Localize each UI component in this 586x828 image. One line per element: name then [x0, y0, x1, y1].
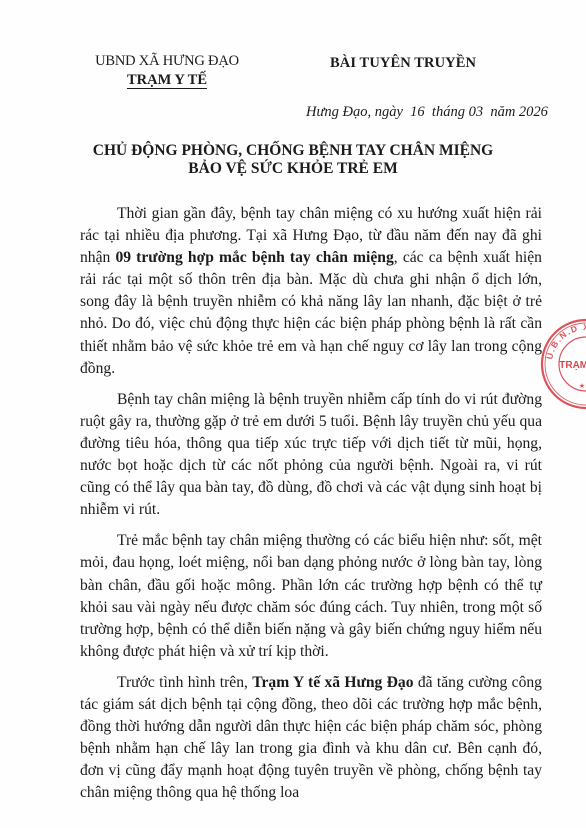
paragraph-text: Trước tình hình trên, — [117, 674, 252, 691]
org-unit: TRẠM Y TẾ — [127, 72, 207, 89]
paragraph: Thời gian gần đây, bệnh tay chân miệng c… — [80, 203, 542, 380]
title-line-2: BẢO VỆ SỨC KHỎE TRẺ EM — [40, 160, 546, 178]
paragraph-emphasis: Trạm Y tế xã Hưng Đạo — [252, 674, 413, 691]
paragraph-emphasis: 09 trường hợp mắc bệnh tay chân miệng — [115, 249, 393, 266]
issuing-organization: UBND XÃ HƯNG ĐẠO TRẠM Y TẾ — [92, 52, 242, 90]
org-parent: UBND XÃ HƯNG ĐẠO — [92, 52, 242, 71]
paragraph-text: Bệnh tay chân miệng là bệnh truyền nhiễm… — [80, 391, 542, 518]
paragraph-text: đã tăng cường công tác giám sát dịch bện… — [80, 674, 542, 801]
title-line-1: CHỦ ĐỘNG PHÒNG, CHỐNG BỆNH TAY CHÂN MIỆN… — [40, 142, 546, 160]
paragraph: Trẻ mắc bệnh tay chân miệng thường có cá… — [80, 530, 542, 663]
document-page: UBND XÃ HƯNG ĐẠO TRẠM Y TẾ BÀI TUYÊN TRU… — [0, 0, 586, 828]
seal-center-text: TRẠM Y TẾ — [559, 358, 586, 371]
svg-text:★ ★: ★ ★ — [579, 382, 586, 390]
date-line: Hưng Đạo, ngày 16 tháng 03 năm 2026 — [306, 104, 548, 121]
paragraph-text: Trẻ mắc bệnh tay chân miệng thường có cá… — [80, 532, 542, 659]
document-title: CHỦ ĐỘNG PHÒNG, CHỐNG BỆNH TAY CHÂN MIỆN… — [40, 142, 546, 178]
seal-ring-text: U.B.N.D XÃ HƯNG ĐẠO — [544, 322, 586, 388]
official-seal-icon: U.B.N.D XÃ HƯNG ĐẠO TRẠM Y TẾ ★ ★ — [540, 318, 586, 410]
paragraph-text: , các ca bệnh xuất hiện rải rác tại một … — [80, 249, 542, 376]
document-body: Thời gian gần đây, bệnh tay chân miệng c… — [80, 203, 542, 813]
document-type: BÀI TUYÊN TRUYỀN — [330, 55, 476, 72]
paragraph: Bệnh tay chân miệng là bệnh truyền nhiễm… — [80, 389, 542, 522]
svg-text:U.B.N.D XÃ HƯNG ĐẠO: U.B.N.D XÃ HƯNG ĐẠO — [544, 322, 586, 388]
paragraph: Trước tình hình trên, Trạm Y tế xã Hưng … — [80, 672, 542, 805]
